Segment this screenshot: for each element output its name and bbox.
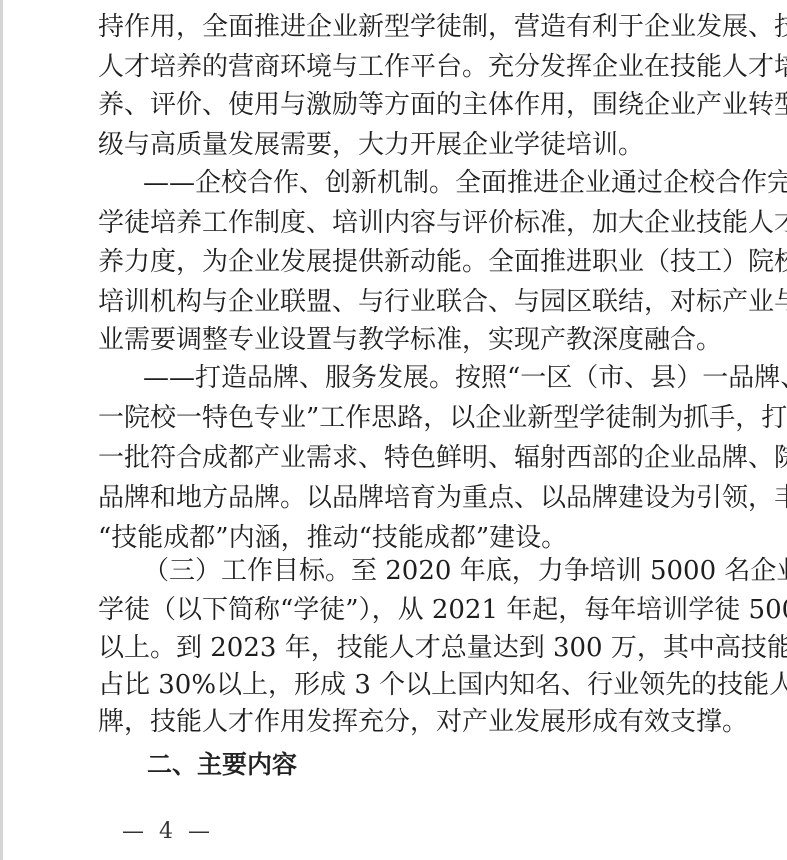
text-line: 以上。到 2023 年，技能人才总量达到 300 万，其中高技能人才 (98, 632, 684, 664)
text-line: 养、评价、使用与激励等方面的主体作用，围绕企业产业转型升 (98, 89, 684, 121)
text-line: 持作用，全面推进企业新型学徒制，营造有利于企业发展、技能 (98, 11, 684, 43)
text-line: 一批符合成都产业需求、特色鲜明、辐射西部的企业品牌、院校 (98, 442, 684, 474)
text-line: 占比 30%以上，形成 3 个以上国内知名、行业领先的技能人才品 (98, 669, 684, 701)
text-line: 级与高质量发展需要，大力开展企业学徒培训。 (98, 129, 684, 161)
text-line: ——企校合作、创新机制。全面推进企业通过企校合作完善 (143, 167, 684, 199)
text-line: 一院校一特色专业”工作思路，以企业新型学徒制为抓手，打造 (98, 402, 684, 434)
page-number: — 4 — (122, 818, 214, 846)
text-line: “技能成都”内涵，推动“技能成都”建设。 (98, 522, 684, 554)
text-line: 学徒（以下简称“学徒”），从 2021 年起，每年培训学徒 5000 人 (98, 594, 684, 626)
text-line: 培训机构与企业联盟、与行业联合、与园区联结，对标产业与企 (98, 286, 684, 318)
text-line: （三）工作目标。至 2020 年底，力争培训 5000 名企业新型 (143, 555, 684, 587)
text-line: 品牌和地方品牌。以品牌培育为重点、以品牌建设为引领，丰富 (98, 482, 684, 514)
document-page: 持作用，全面推进企业新型学徒制，营造有利于企业发展、技能 人才培养的营商环境与工… (0, 0, 787, 860)
text-line: ——打造品牌、服务发展。按照“一区（市、县）一品牌、 (143, 362, 684, 394)
text-line: 牌，技能人才作用发挥充分，对产业发展形成有效支撑。 (98, 706, 684, 738)
text-line: 人才培养的营商环境与工作平台。充分发挥企业在技能人才培 (98, 51, 684, 83)
text-line: 业需要调整专业设置与教学标准，实现产教深度融合。 (98, 324, 684, 356)
text-line: 养力度，为企业发展提供新动能。全面推进职业（技工）院校和 (98, 246, 684, 278)
text-line: 学徒培养工作制度、培训内容与评价标准，加大企业技能人才培 (98, 207, 684, 239)
section-heading: 二、主要内容 (147, 749, 297, 781)
